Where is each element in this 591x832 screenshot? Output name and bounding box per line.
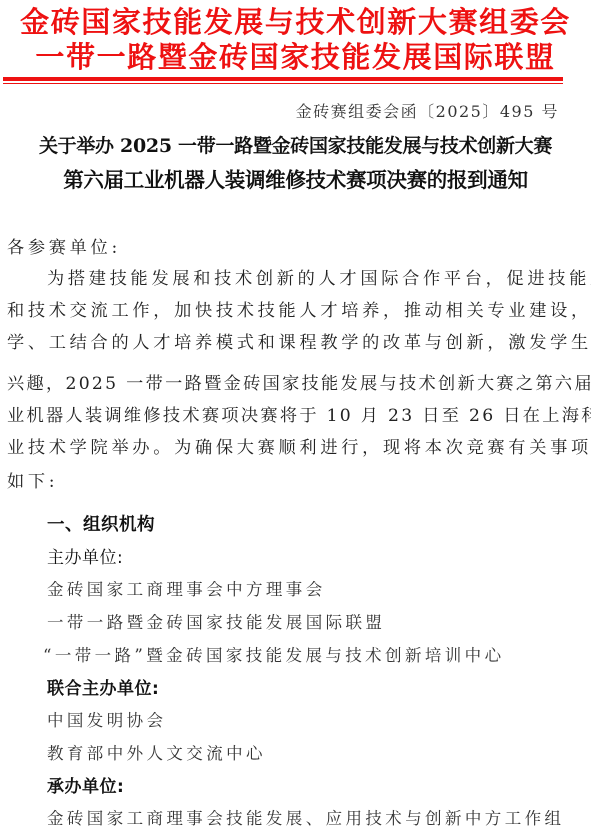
- letterhead-line-1: 金砖国家技能发展与技术创新大赛组委会: [0, 5, 591, 39]
- section-heading-organization: 一、组织机构: [47, 511, 155, 536]
- host-item: 金砖国家工商理事会中方理事会: [47, 576, 326, 600]
- host-item: 一带一路暨金砖国家技能发展国际联盟: [47, 609, 385, 633]
- intro-line: 业机器人装调维修技术赛项决赛将于 10 月 23 日至 26 日在上海科创职: [7, 401, 591, 426]
- intro-line: 为搭建技能发展和技术创新的人才国际合作平台，促进技能发展: [47, 264, 591, 289]
- document-number: 金砖赛组委会函〔2025〕495 号: [296, 99, 559, 122]
- organizer-item: 金砖国家工商理事会技能发展、应用技术与创新中方工作组: [47, 805, 564, 829]
- intro-line: 兴趣，2025 一带一路暨金砖国家技能发展与技术创新大赛之第六届工: [7, 369, 591, 394]
- letterhead-line-2: 一带一路暨金砖国家技能发展国际联盟: [0, 40, 591, 74]
- host-label: 主办单位:: [47, 543, 123, 568]
- intro-line: 业技术学院举办。为确保大赛顺利进行，现将本次竞赛有关事项通知: [7, 433, 591, 458]
- intro-line: 和技术交流工作，加快技术技能人才培养，推动相关专业建设，促进: [7, 296, 591, 321]
- document-title-line-1: 关于举办 2025 一带一路暨金砖国家技能发展与技术创新大赛: [0, 131, 591, 158]
- letterhead-rule-thick: [3, 77, 563, 81]
- letterhead-rule-thin: [3, 83, 563, 84]
- organizer-label: 承办单位:: [47, 772, 124, 797]
- salutation: 各参赛单位:: [7, 233, 121, 258]
- document-title-line-2: 第六届工业机器人装调维修技术赛项决赛的报到通知: [0, 163, 591, 193]
- host-item: “一带一路”暨金砖国家技能发展与技术创新培训中心: [43, 642, 504, 666]
- intro-line: 学、工结合的人才培养模式和课程教学的改革与创新，激发学生学习: [7, 328, 591, 353]
- co-host-item: 中国发明协会: [47, 707, 166, 731]
- intro-line: 如下:: [7, 467, 58, 492]
- co-host-label: 联合主办单位:: [47, 674, 159, 699]
- co-host-item: 教育部中外人文交流中心: [47, 740, 266, 764]
